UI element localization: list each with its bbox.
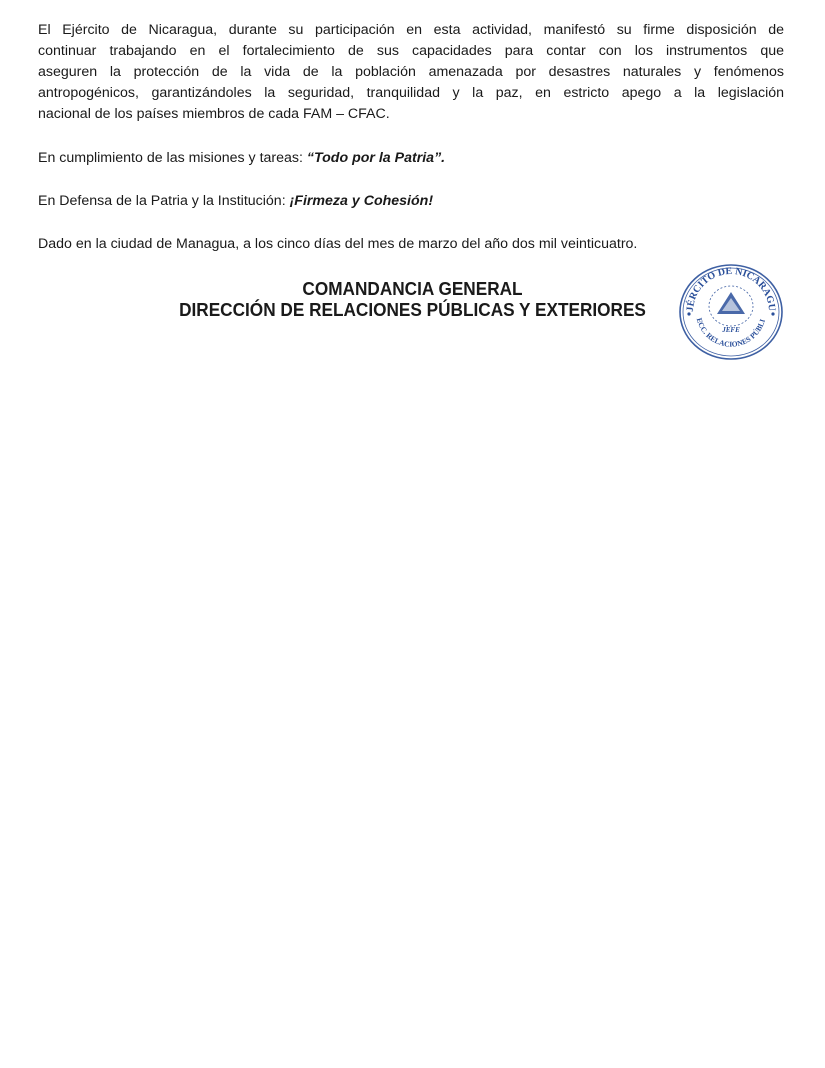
intro-line: continuar trabajando en el fortalecimien… <box>38 41 784 62</box>
defense-paragraph: En Defensa de la Patria y la Institución… <box>38 191 784 212</box>
seal-icon: EJÉRCITO DE NICARAGUA DIRECC. RELACIONES… <box>677 262 785 362</box>
mission-motto: “Todo por la Patria”. <box>307 150 445 166</box>
signature-line-1: COMANDANCIA GENERAL <box>159 278 666 299</box>
intro-line: El Ejército de Nicaragua, durante su par… <box>38 20 784 41</box>
svg-text:JEFE: JEFE <box>721 326 740 334</box>
intro-paragraph: El Ejército de Nicaragua, durante su par… <box>38 20 784 125</box>
intro-line: antropogénicos, garantizándoles la segur… <box>38 83 784 104</box>
intro-line: aseguren la protección de la vida de la … <box>38 62 784 83</box>
defense-prefix: En Defensa de la Patria y la Institución… <box>38 193 290 209</box>
mission-prefix: En cumplimiento de las misiones y tareas… <box>38 150 307 166</box>
closing-paragraph: Dado en la ciudad de Managua, a los cinc… <box>38 234 784 255</box>
mission-paragraph: En cumplimiento de las misiones y tareas… <box>38 148 784 169</box>
defense-motto: ¡Firmeza y Cohesión! <box>290 193 433 209</box>
intro-line: nacional de los países miembros de cada … <box>38 104 784 125</box>
signature-line-2: DIRECCIÓN DE RELACIONES PÚBLICAS Y EXTER… <box>159 299 666 320</box>
official-stamp: EJÉRCITO DE NICARAGUA DIRECC. RELACIONES… <box>677 262 785 362</box>
